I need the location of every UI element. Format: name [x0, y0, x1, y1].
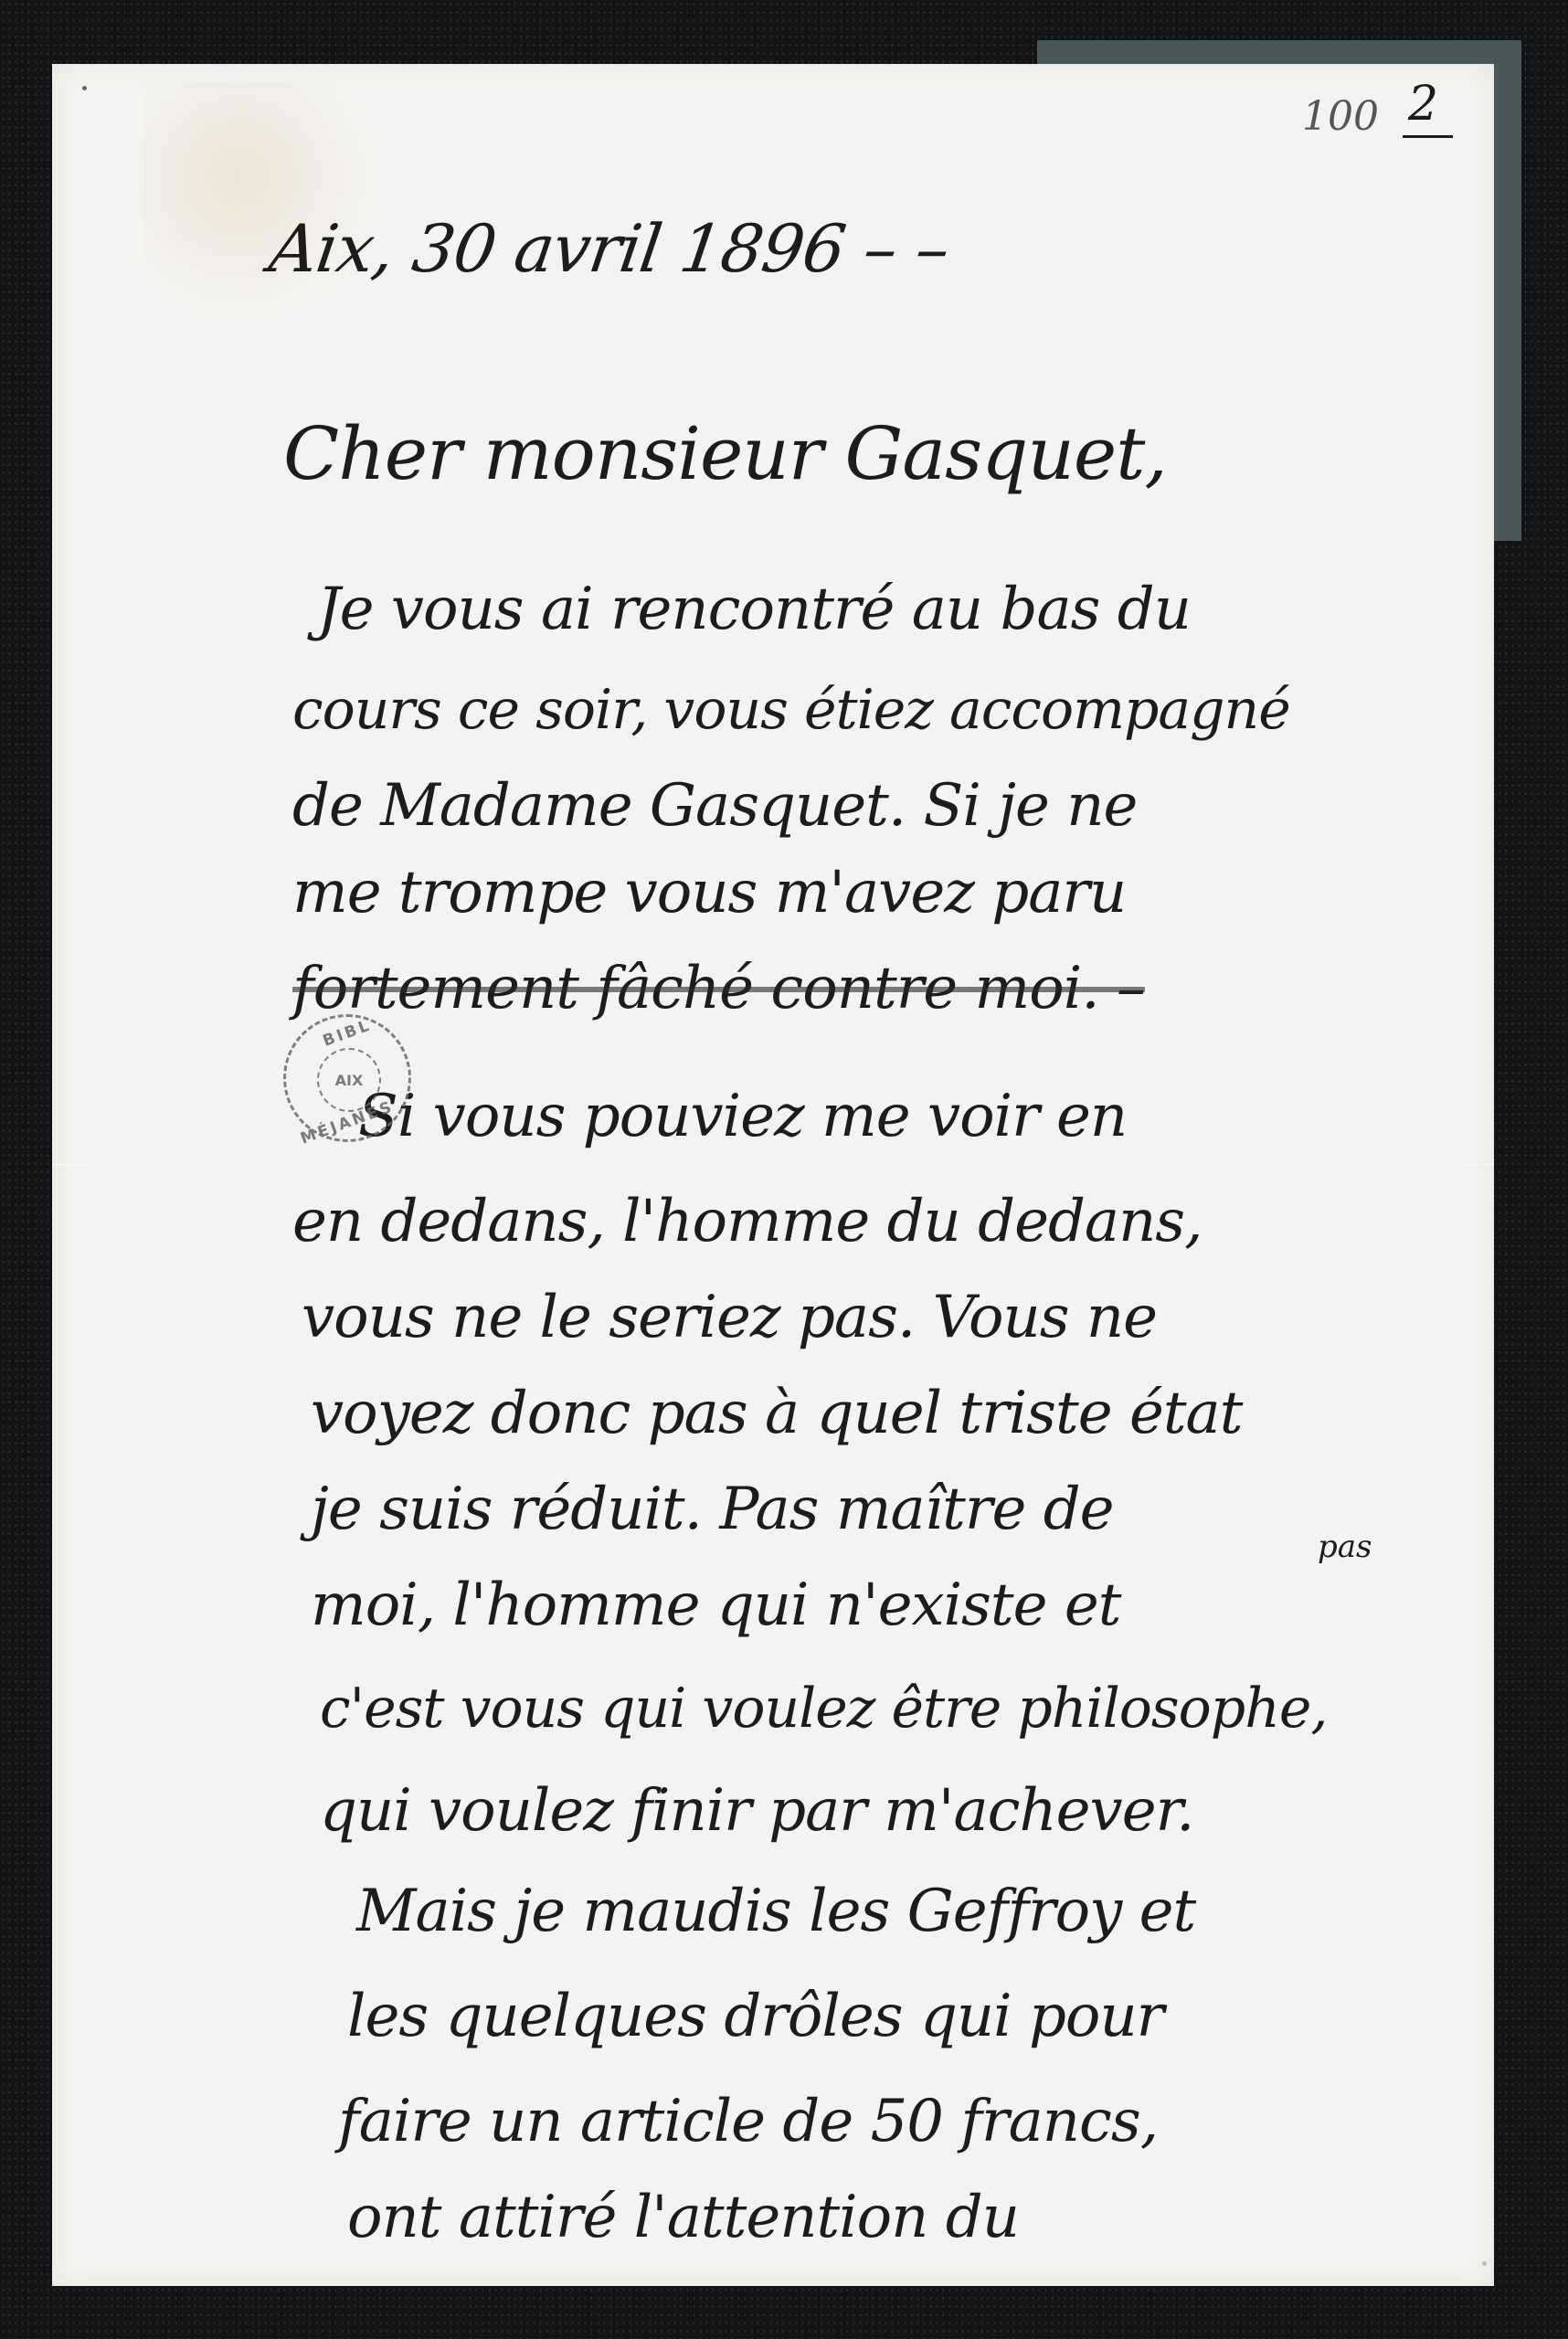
letter-line-16: faire un article de 50 francs, — [338, 2088, 1158, 2155]
letter-line-1: Je vous ai rencontré au bas du — [317, 576, 1191, 643]
letter-line-15: les quelques drôles qui pour — [347, 1983, 1163, 2050]
archive-number: 100 — [1302, 93, 1379, 140]
date-line: Aix, 30 avril 1896 – – — [265, 210, 954, 287]
letter-line-13: qui voulez finir par m'achever. — [320, 1777, 1193, 1845]
letter-line-11: moi, l'homme qui n'existe et — [311, 1572, 1120, 1639]
paper-speck — [1482, 2261, 1487, 2266]
letter-line-12: c'est vous qui voulez être philosophe, — [320, 1677, 1327, 1741]
fold-crease — [52, 1163, 1494, 1166]
letter-line-8: vous ne le seriez pas. Vous ne — [302, 1284, 1157, 1351]
letter-line-10: je suis réduit. Pas maître de — [311, 1476, 1114, 1543]
folio-number: 2 — [1403, 77, 1453, 138]
letter-line-3: de Madame Gasquet. Si je ne — [292, 772, 1137, 840]
letter-line-5: fortement fâché contre moi. – — [292, 955, 1145, 1022]
letter-line-17: ont attiré l'attention du — [347, 2184, 1019, 2251]
letter-line-2: cours ce soir, vous étiez accompagné — [292, 678, 1290, 742]
library-stamp: BIBL AIX MÉJANES — [283, 1014, 411, 1142]
interlinear-insertion: pas — [1318, 1529, 1372, 1565]
salutation: Cher monsieur Gasquet, — [283, 411, 1167, 496]
letter-line-6: Si vous pouviez me voir en — [358, 1083, 1127, 1150]
letter-line-7: en dedans, l'homme du dedans, — [292, 1188, 1202, 1255]
letter-line-9: voyez donc pas à quel triste état — [311, 1380, 1242, 1447]
stamp-center: AIX — [317, 1048, 381, 1112]
letter-page: 100 2 Aix, 30 avril 1896 – – Cher monsie… — [52, 64, 1494, 2286]
paper-speck — [82, 86, 87, 90]
letter-line-14: Mais je maudis les Geffroy et — [356, 1878, 1195, 1945]
stamp-center-text: AIX — [335, 1072, 364, 1089]
letter-line-4: me trompe vous m'avez paru — [292, 859, 1126, 926]
